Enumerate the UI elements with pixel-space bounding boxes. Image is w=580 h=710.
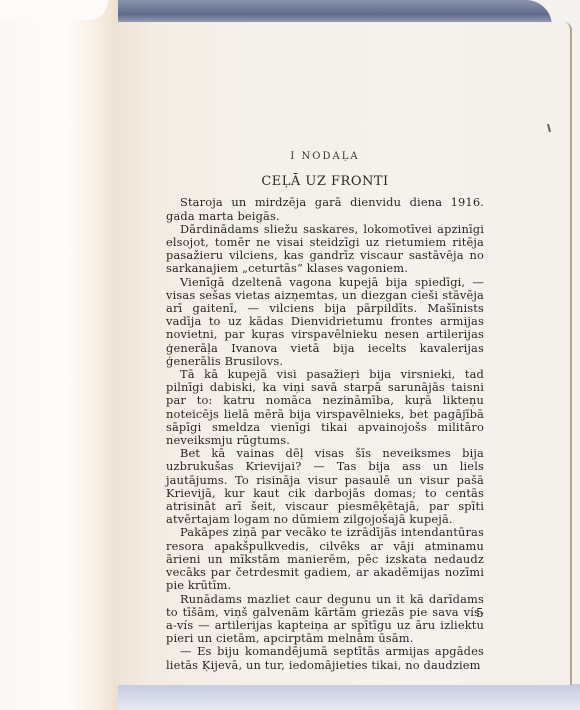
paragraph: Tā kā kupejā visi pasažieŗi bija virsnie… bbox=[166, 368, 484, 447]
left-blank-page bbox=[0, 0, 118, 710]
left-page-corner bbox=[0, 0, 108, 20]
chapter-label: I NODAĻA bbox=[166, 150, 484, 163]
paragraph: Bet kā vainas dēļ visas šīs neveiksmes b… bbox=[166, 447, 484, 526]
chapter-title: CEĻĀ UZ FRONTI bbox=[166, 175, 484, 188]
paragraph: Staroja un mirdzēja garā dienvidu diena … bbox=[166, 196, 484, 222]
paragraph: Runādams mazliet caur degunu un it kā da… bbox=[166, 593, 484, 646]
page-number: 5 bbox=[476, 606, 484, 620]
paragraph: — Es biju komandējumā septītās armijas a… bbox=[166, 645, 484, 671]
paragraph: Pakāpes ziņā par vecāko te izrādījās int… bbox=[166, 526, 484, 592]
paragraph: Vienīgā dzeltenā vagona kupejā bija spie… bbox=[166, 276, 484, 368]
page-text-block: I NODAĻA CEĻĀ UZ FRONTI Staroja un mirdz… bbox=[166, 146, 484, 672]
background-surface-bottom bbox=[118, 684, 580, 710]
paragraph: Dārdinādams sliežu saskares, lokomotīvei… bbox=[166, 223, 484, 276]
